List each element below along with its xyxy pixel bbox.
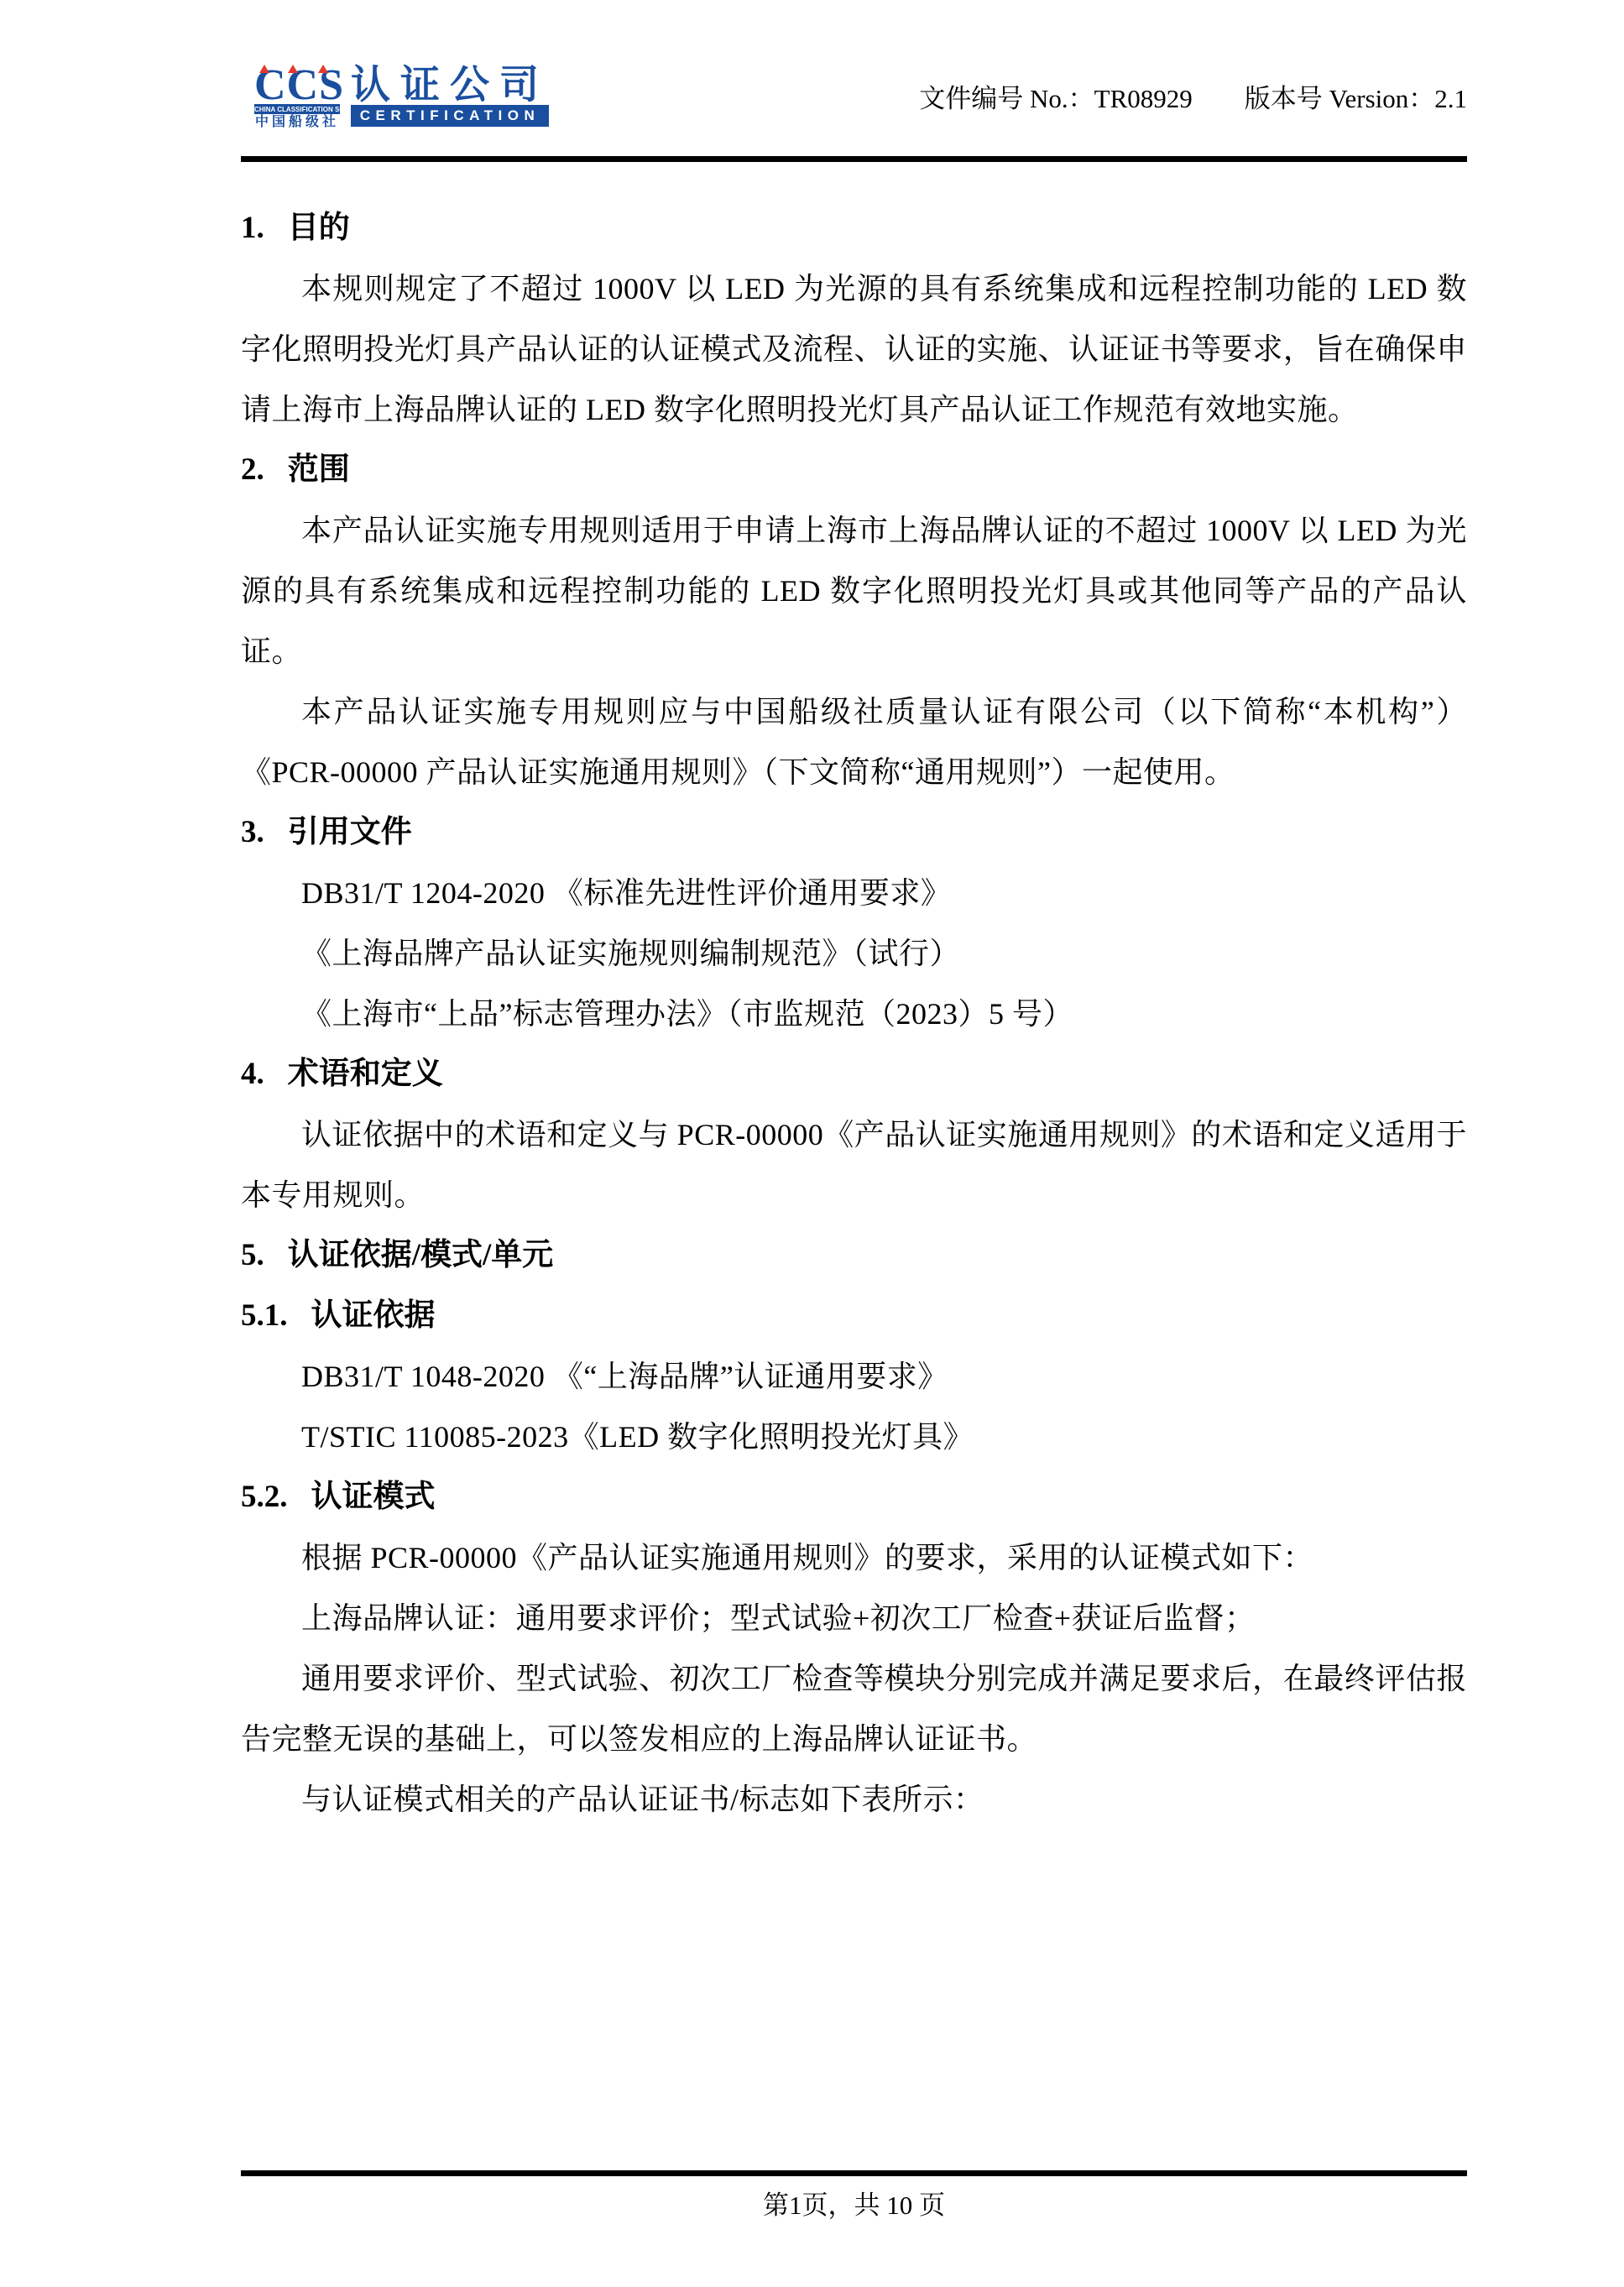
document-body: 1.目的本规则规定了不超过 1000V 以 LED 为光源的具有系统集成和远程控… [241, 198, 1467, 1830]
section-heading: 3.引用文件 [241, 802, 1467, 863]
section-number: 2. [241, 440, 264, 500]
section-heading: 5.1.认证依据 [241, 1286, 1467, 1346]
section-title: 认证模式 [311, 1467, 436, 1527]
section-number: 5. [241, 1225, 264, 1286]
section-title: 目的 [288, 198, 350, 258]
reference-line: T/STIC 110085-2023《LED 数字化照明投光灯具》 [241, 1407, 1467, 1467]
section-title: 认证依据 [311, 1286, 436, 1346]
paragraph: 与认证模式相关的产品认证证书/标志如下表所示： [241, 1769, 1467, 1830]
ccs-logo: CCS CHINA CLASSIFICATION SOCIETY 中国船级社 认… [254, 67, 549, 129]
society-cn-label: 中国船级社 [254, 115, 340, 129]
certification-banner: CERTIFICATION [351, 105, 549, 127]
ccs-logo-left: CCS CHINA CLASSIFICATION SOCIETY 中国船级社 [254, 67, 340, 129]
section-heading: 5.认证依据/模式/单元 [241, 1225, 1467, 1286]
paragraph: 本产品认证实施专用规则应与中国船级社质量认证有限公司（以下简称“本机构”）《PC… [241, 681, 1467, 802]
paragraph: 根据 PCR-00000《产品认证实施通用规则》的要求，采用的认证模式如下： [241, 1527, 1467, 1588]
paragraph: 本规则规定了不超过 1000V 以 LED 为光源的具有系统集成和远程控制功能的… [241, 258, 1467, 440]
page-indicator: 第1页，共 10 页 [241, 2180, 1467, 2231]
section-heading: 4.术语和定义 [241, 1044, 1467, 1104]
paragraph: 上海品牌认证：通用要求评价；型式试验+初次工厂检查+获证后监督； [241, 1588, 1467, 1648]
footer-divider [241, 2170, 1467, 2176]
section-heading: 5.2.认证模式 [241, 1467, 1467, 1527]
section-number: 3. [241, 802, 264, 863]
ccs-wordmark: CCS [254, 67, 340, 104]
version-label: 版本号 Version：2.1 [1245, 81, 1467, 117]
section-number: 4. [241, 1044, 264, 1104]
section-number: 5.2. [241, 1467, 288, 1527]
section-title: 认证依据/模式/单元 [288, 1225, 554, 1286]
section-heading: 1.目的 [241, 198, 1467, 258]
section-number: 1. [241, 198, 264, 258]
reference-line: DB31/T 1048-2020 《“上海品牌”认证通用要求》 [241, 1346, 1467, 1407]
company-name-cn: 认证公司 [351, 67, 549, 104]
header-divider [241, 156, 1467, 162]
paragraph: 通用要求评价、型式试验、初次工厂检查等模块分别完成并满足要求后，在最终评估报告完… [241, 1648, 1467, 1769]
paragraph: 本产品认证实施专用规则适用于申请上海市上海品牌认证的不超过 1000V 以 LE… [241, 500, 1467, 681]
ccs-logo-right: 认证公司 CERTIFICATION [351, 67, 549, 129]
reference-line: 《上海品牌产品认证实施规则编制规范》（试行） [241, 923, 1467, 984]
doc-number-label: 文件编号 No.：TR08929 [919, 81, 1193, 117]
ccs-letters: CCS [254, 61, 344, 109]
document-page: { "page": { "width": 1935, "height": 272… [0, 0, 1624, 2287]
reference-line: DB31/T 1204-2020 《标准先进性评价通用要求》 [241, 863, 1467, 923]
section-title: 范围 [288, 440, 350, 500]
document-meta: 文件编号 No.：TR08929 版本号 Version：2.1 [747, 81, 1467, 117]
section-heading: 2.范围 [241, 440, 1467, 500]
paragraph: 认证依据中的术语和定义与 PCR-00000《产品认证实施通用规则》的术语和定义… [241, 1104, 1467, 1225]
section-title: 术语和定义 [288, 1044, 443, 1104]
section-number: 5.1. [241, 1286, 288, 1346]
section-title: 引用文件 [288, 802, 412, 863]
reference-line: 《上海市“上品”标志管理办法》（市监规范（2023）5 号） [241, 984, 1467, 1044]
